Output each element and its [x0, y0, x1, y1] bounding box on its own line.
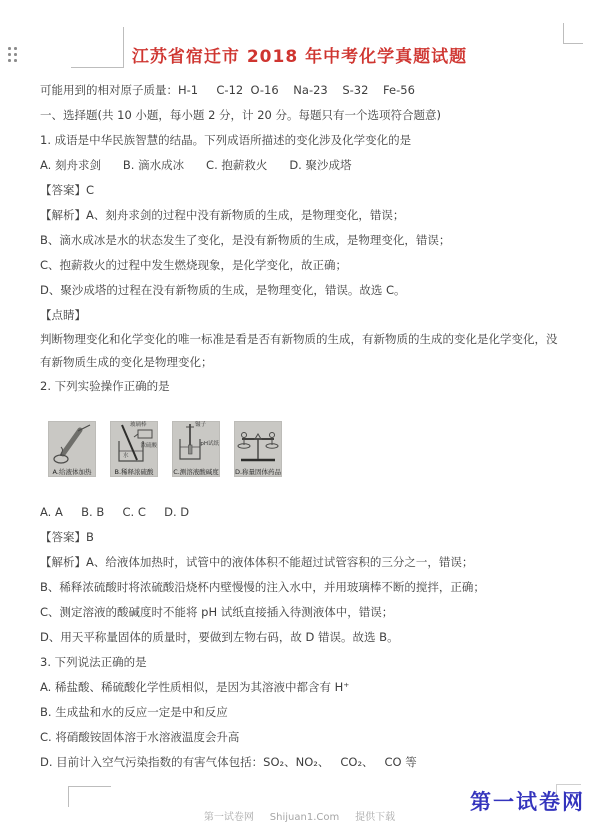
q1-options: A. 刻舟求剑 B. 滴水成冰 C. 抱薪救火 D. 聚沙成塔: [40, 153, 566, 178]
q2-analysis-c: C、测定溶液的酸碱度时不能将 pH 试纸直接插入待测液体中，错误；: [40, 600, 566, 625]
q2-figure-row: A.给液体加热 玻璃棒 浓硫酸 水 B.稀释浓硫酸: [48, 421, 566, 477]
q3-option-c: C. 将硝酸铵固体溶于水溶液温度会升高: [40, 725, 566, 750]
atomic-mass-note: 可能用到的相对原子质量：H-1 C-12 O-16 Na-23 S-32 Fe-…: [40, 78, 566, 103]
q2-answer: 【答案】B: [40, 525, 566, 550]
figure-label: D.称量固体药品: [234, 468, 282, 476]
q3-option-b: B. 生成盐和水的反应一定是中和反应: [40, 700, 566, 725]
q1-analysis-d: D、聚沙成塔的过程在没有新物质的生成，是物理变化，错误。故选 C。: [40, 278, 566, 303]
balance-icon: [234, 421, 282, 467]
q2-options: A. A B. B C. C D. D: [40, 500, 566, 525]
q1-tip-text: 判断物理变化和化学变化的唯一标准是看是否有新物质的生成，有新物质的生成的变化是化…: [40, 328, 566, 374]
q1-analysis-a: 【解析】A、刻舟求剑的过程中没有新物质的生成，是物理变化，错误；: [40, 203, 566, 228]
q1-stem: 1. 成语是中华民族智慧的结晶。下列成语所描述的变化涉及化学变化的是: [40, 128, 566, 153]
page-title: 江苏省宿迁市 2018 年中考化学真题试题: [0, 42, 599, 67]
q2-analysis-d: D、用天平称量固体的质量时，要做到左物右码，故 D 错误。故选 B。: [40, 625, 566, 650]
q3-stem: 3. 下列说法正确的是: [40, 650, 566, 675]
q3-option-a: A. 稀盐酸、稀硫酸化学性质相似，是因为其溶液中都含有 H⁺: [40, 675, 566, 700]
site-logo-watermark[interactable]: 第一试卷网: [470, 786, 585, 816]
q1-analysis-c: C、抱薪救火的过程中发生燃烧现象，是化学变化，故正确；: [40, 253, 566, 278]
document-body: 可能用到的相对原子质量：H-1 C-12 O-16 Na-23 S-32 Fe-…: [40, 78, 566, 775]
q2-stem: 2. 下列实验操作正确的是: [40, 374, 566, 399]
heating-liquid-icon: [48, 421, 96, 467]
figure-note: 镊子: [195, 422, 206, 428]
figure-label: A.给液体加热: [48, 468, 96, 476]
section-heading: 一、选择题(共 10 小题，每小题 2 分，计 20 分。每题只有一个选项符合题…: [40, 103, 566, 128]
figure-label: C.测溶液酸碱度: [172, 468, 220, 476]
crop-mark-bottom-left: [68, 786, 111, 807]
figure-balance: D.称量固体药品: [234, 421, 282, 477]
q2-analysis-a: 【解析】A、给液体加热时，试管中的液体体积不能超过试管容积的三分之一，错误；: [40, 550, 566, 575]
figure-heating-liquid: A.给液体加热: [48, 421, 96, 477]
document-page: 江苏省宿迁市 2018 年中考化学真题试题 可能用到的相对原子质量：H-1 C-…: [0, 0, 599, 829]
q1-answer: 【答案】C: [40, 178, 566, 203]
figure-ph-test: 镊子 pH试纸 C.测溶液酸碱度: [172, 421, 220, 477]
figure-note: 浓硫酸: [140, 443, 157, 449]
figure-dilute-acid: 玻璃棒 浓硫酸 水 B.稀释浓硫酸: [110, 421, 158, 477]
q3-option-d: D. 目前计入空气污染指数的有害气体包括：SO₂、NO₂、 CO₂、 CO 等: [40, 750, 566, 775]
figure-note: pH试纸: [200, 441, 219, 447]
figure-note: 水: [123, 453, 129, 459]
q1-tip-label: 【点睛】: [40, 303, 566, 328]
q2-analysis-b: B、稀释浓硫酸时将浓硫酸沿烧杯内壁慢慢的注入水中，并用玻璃棒不断的搅拌，正确；: [40, 575, 566, 600]
figure-note: 玻璃棒: [130, 422, 147, 428]
q1-analysis-b: B、滴水成冰是水的状态发生了变化，是没有新物质的生成，是物理变化，错误；: [40, 228, 566, 253]
crop-mark-top-right: [563, 23, 583, 44]
figure-label: B.稀释浓硫酸: [110, 468, 158, 476]
